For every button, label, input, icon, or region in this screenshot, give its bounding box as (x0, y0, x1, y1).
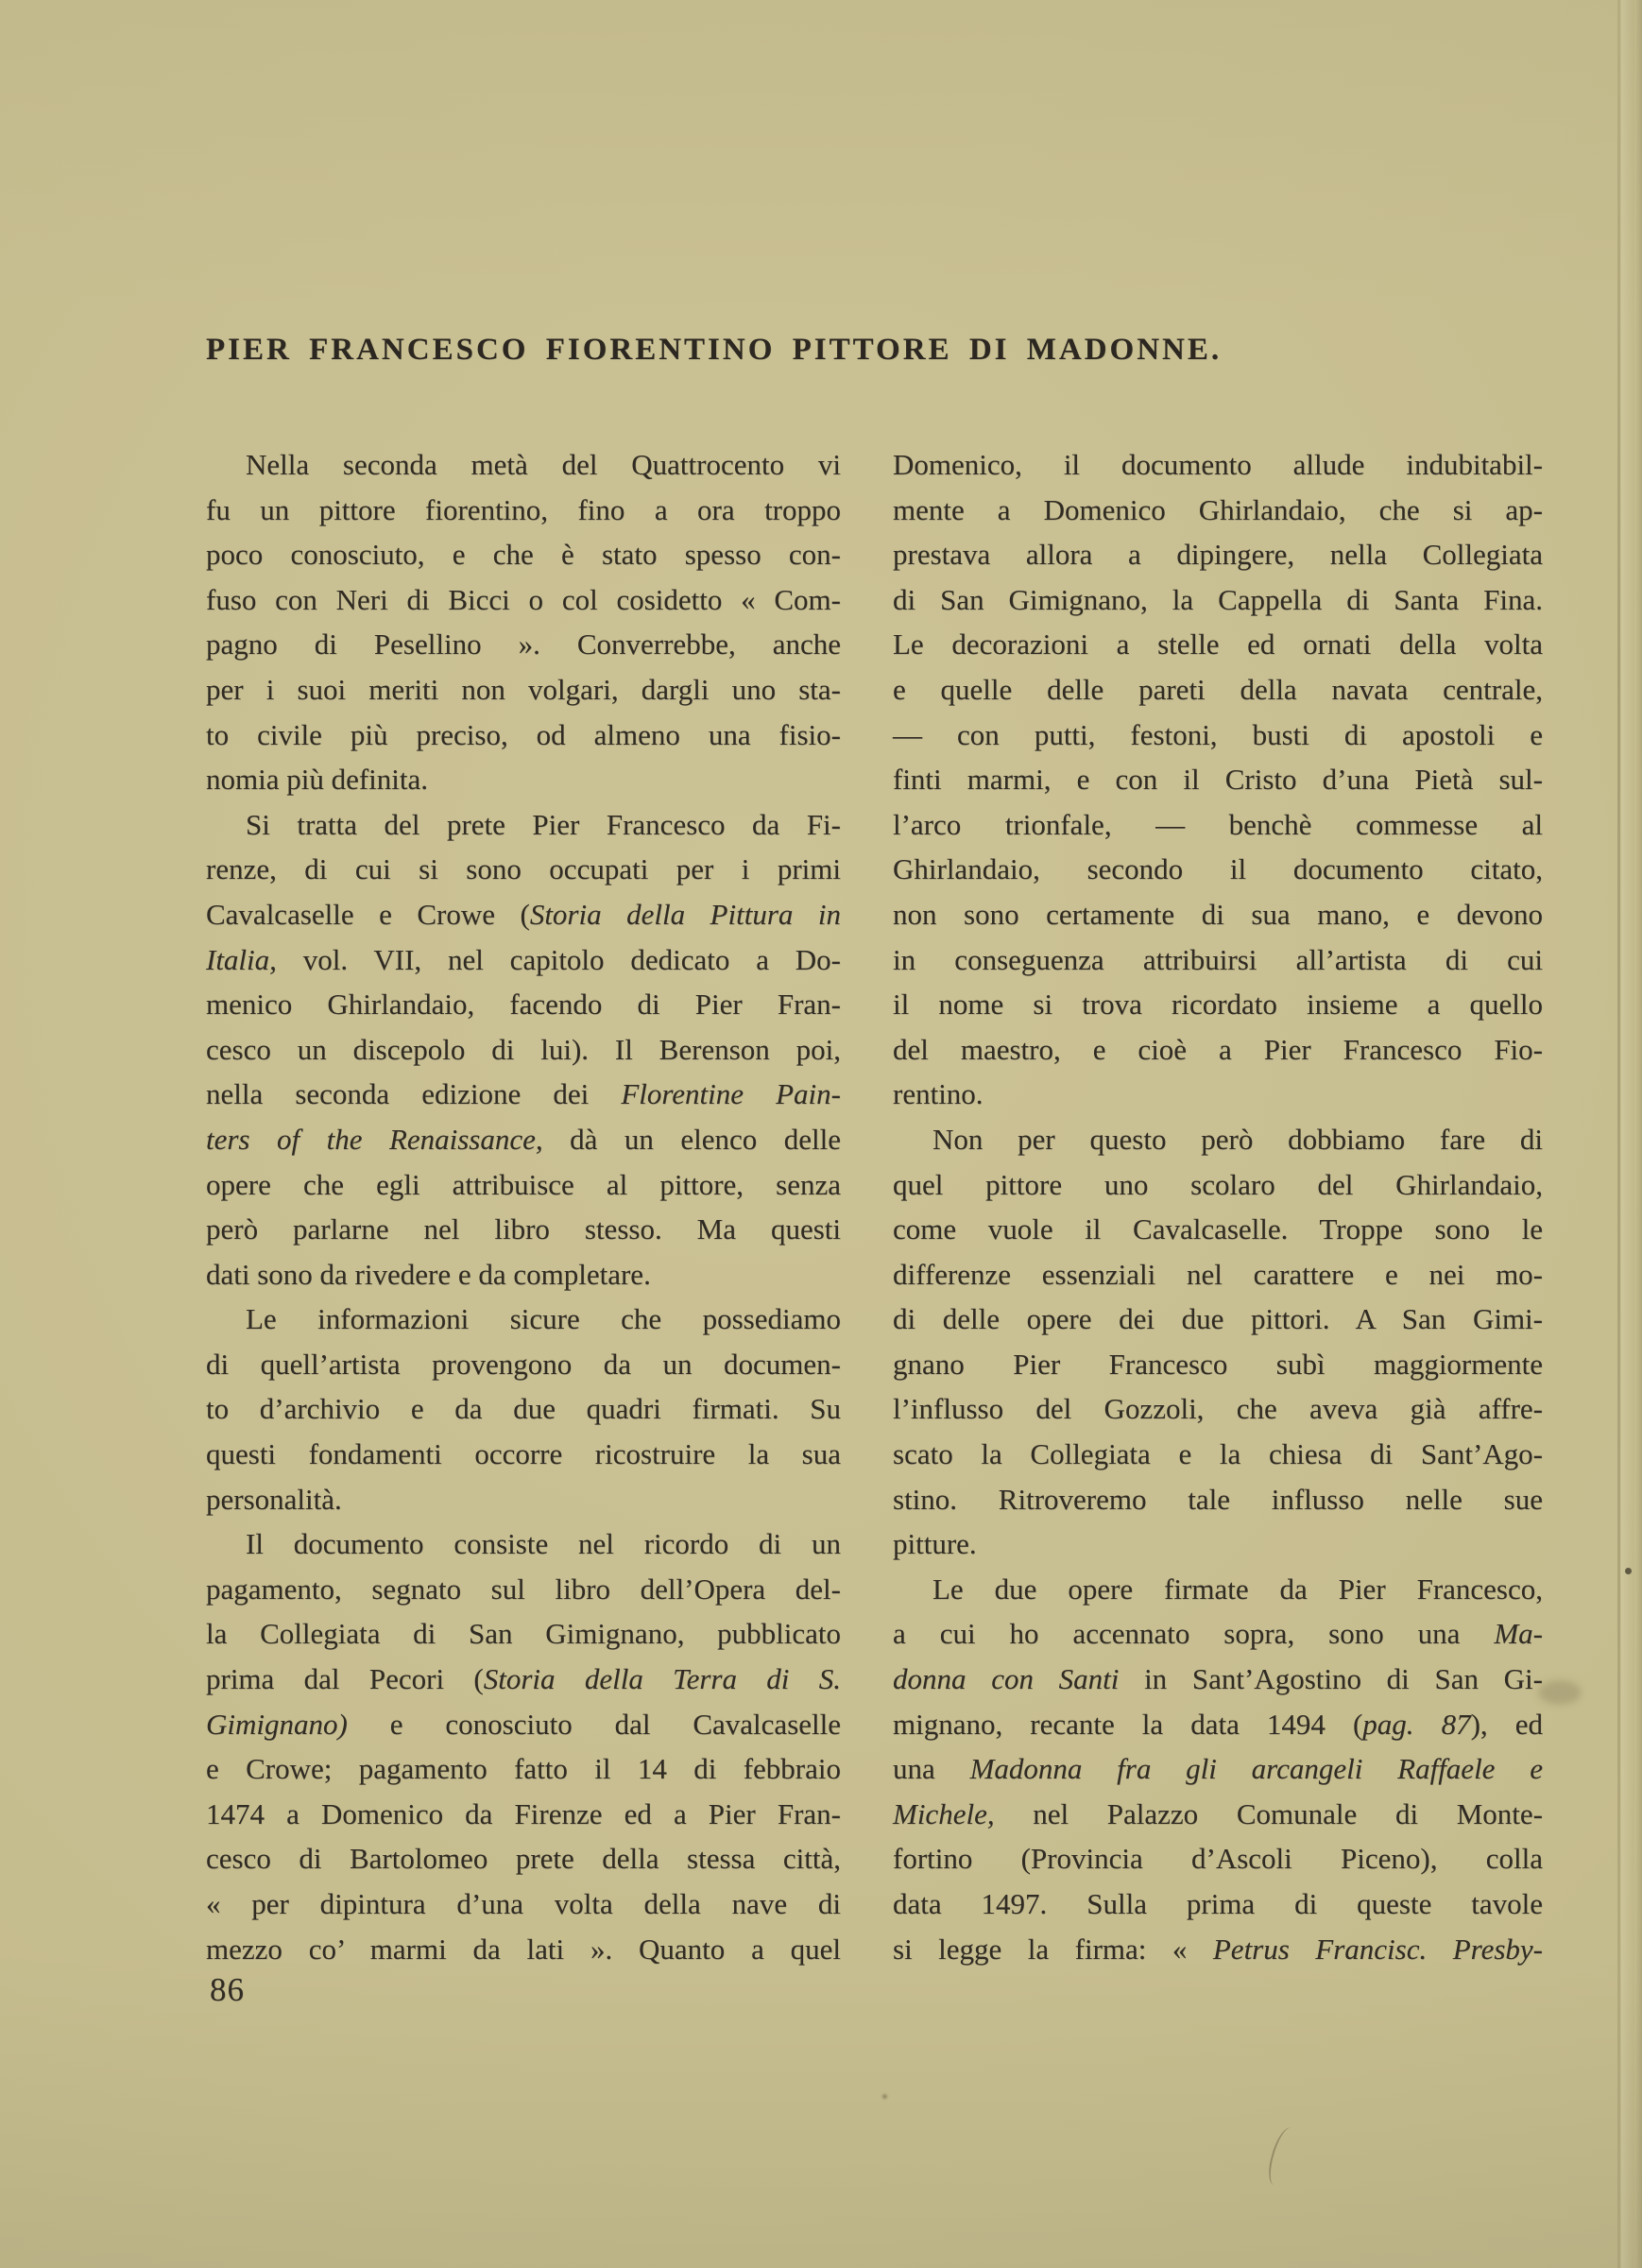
text-line: to civile più preciso, od almeno una fis… (206, 713, 841, 758)
text-segment: prestava allora a dipingere, nella Colle… (893, 538, 1543, 571)
text-segment: 1474 a Domenico da Firenze ed a Pier Fra… (206, 1797, 841, 1830)
text-line: fuso con Neri di Bicci o col cosidetto «… (206, 577, 841, 623)
page-number: 86 (210, 1971, 245, 2009)
text-segment: per i suoi meriti non volgari, dargli un… (206, 673, 841, 706)
text-line: renze, di cui si sono occupati per i pri… (206, 847, 841, 892)
text-segment: fuso con Neri di Bicci o col cosidetto «… (206, 583, 841, 616)
text-line: prima dal Pecori (Storia della Terra di … (206, 1657, 841, 1702)
paper-smudge (1538, 1680, 1582, 1705)
text-line: Le decorazioni a stelle ed ornati della … (893, 622, 1543, 667)
text-line: rentino. (893, 1072, 1543, 1117)
text-line: — con putti, festoni, busti di apostoli … (893, 713, 1543, 758)
ink-speck (1625, 1568, 1632, 1574)
text-line: prestava allora a dipingere, nella Colle… (893, 532, 1543, 577)
text-line: menico Ghirlandaio, facendo di Pier Fran… (206, 982, 841, 1027)
text-segment: Cavalcaselle e Crowe ( (206, 898, 530, 931)
scan-fibre-artifact (1265, 2124, 1302, 2189)
text-line: il nome si trova ricordato insieme a que… (893, 982, 1543, 1027)
text-line: del maestro, e cioè a Pier Francesco Fio… (893, 1027, 1543, 1073)
text-segment: scato la Collegiata e la chiesa di Sant’… (893, 1437, 1543, 1470)
text-segment: nella seconda edizione dei (206, 1077, 621, 1110)
text-line: ters of the Renaissance, dà un elenco de… (206, 1117, 841, 1162)
text-line: data 1497. Sulla prima di queste tavole (893, 1881, 1543, 1927)
text-line: pagno di Pesellino ». Converrebbe, anche (206, 622, 841, 667)
text-line: Ghirlandaio, secondo il documento citato… (893, 847, 1543, 892)
text-segment: data 1497. Sulla prima di queste tavole (893, 1887, 1543, 1920)
text-segment: però parlarne nel libro stesso. Ma quest… (206, 1212, 841, 1246)
text-line: gnano Pier Francesco subì maggiormente (893, 1342, 1543, 1387)
text-segment: la Collegiata di San Gimignano, pubblica… (206, 1617, 841, 1650)
text-line: Non per questo però dobbiamo fare di (893, 1117, 1543, 1162)
text-segment: Non per questo però dobbiamo fare di (932, 1123, 1543, 1156)
text-line: mente a Domenico Ghirlandaio, che si ap- (893, 488, 1543, 533)
text-line: questi fondamenti occorre ricostruire la… (206, 1432, 841, 1477)
text-segment: Si tratta del prete Pier Francesco da Fi… (246, 808, 841, 841)
text-line: opere che egli attribuisce al pittore, s… (206, 1162, 841, 1208)
text-line: finti marmi, e con il Cristo d’una Pietà… (893, 757, 1543, 802)
text-segment: dati sono da rivedere e da completare. (206, 1258, 651, 1291)
text-line: non sono certamente di sua mano, e devon… (893, 892, 1543, 937)
text-line: e quelle delle pareti della navata centr… (893, 667, 1543, 713)
text-segment: nel Palazzo Comunale di Monte- (995, 1797, 1543, 1830)
text-line: pagamento, segnato sul libro dell’Opera … (206, 1567, 841, 1612)
text-segment: di quell’artista provengono da un docume… (206, 1348, 841, 1381)
text-line: donna con Santi in Sant’Agostino di San … (893, 1657, 1543, 1702)
text-line: personalità. (206, 1477, 841, 1522)
text-line: una Madonna fra gli arcangeli Raffaele e (893, 1746, 1543, 1792)
text-segment: dà un elenco delle (543, 1123, 841, 1156)
text-segment: del maestro, e cioè a Pier Francesco Fio… (893, 1033, 1543, 1066)
italic-text-segment: Michele, (893, 1797, 995, 1830)
page-fold-highlight (1621, 0, 1634, 2268)
text-segment: l’arco trionfale, — benchè commesse al (893, 808, 1543, 841)
text-line: a cui ho accennato sopra, sono una Ma- (893, 1611, 1543, 1657)
text-segment: il nome si trova ricordato insieme a que… (893, 988, 1543, 1021)
text-segment: to d’archivio e da due quadri firmati. S… (206, 1392, 841, 1425)
text-line: fortino (Provincia d’Ascoli Piceno), col… (893, 1836, 1543, 1881)
text-line: e Crowe; pagamento fatto il 14 di febbra… (206, 1746, 841, 1792)
text-segment: pitture. (893, 1527, 977, 1560)
text-segment: fortino (Provincia d’Ascoli Piceno), col… (893, 1842, 1543, 1875)
text-segment: gnano Pier Francesco subì maggiormente (893, 1348, 1543, 1381)
text-segment: renze, di cui si sono occupati per i pri… (206, 852, 841, 885)
text-line: Le due opere firmate da Pier Francesco, (893, 1567, 1543, 1612)
text-segment: e Crowe; pagamento fatto il 14 di febbra… (206, 1752, 841, 1785)
text-line: Gimignano) e conosciuto dal Cavalcaselle (206, 1702, 841, 1747)
scanned-book-page: PIER FRANCESCO FIORENTINO PITTORE DI MAD… (0, 0, 1642, 2268)
text-segment: ), ed (1471, 1708, 1543, 1741)
text-segment: poco conosciuto, e che è stato spesso co… (206, 538, 841, 571)
text-segment: Ghirlandaio, secondo il documento citato… (893, 852, 1543, 885)
text-line: « per dipintura d’una volta della nave d… (206, 1881, 841, 1927)
text-segment: in Sant’Agostino di San Gi- (1119, 1662, 1543, 1695)
paper-speck (882, 2094, 887, 2099)
text-line: Italia, vol. VII, nel capitolo dedicato … (206, 937, 841, 983)
text-segment: di delle opere dei due pittori. A San Gi… (893, 1302, 1543, 1335)
text-segment: vol. VII, nel capitolo dedicato a Do- (277, 943, 841, 976)
italic-text-segment: Storia della Terra di S. (484, 1662, 841, 1695)
text-line: poco conosciuto, e che è stato spesso co… (206, 532, 841, 577)
text-segment: cesco un discepolo di lui). Il Berenson … (206, 1033, 841, 1066)
text-line: la Collegiata di San Gimignano, pubblica… (206, 1611, 841, 1657)
text-column-left: Nella seconda metà del Quattrocento vifu… (206, 442, 841, 1971)
text-segment: « per dipintura d’una volta della nave d… (206, 1887, 841, 1920)
text-segment: l’influsso del Gozzoli, che aveva già af… (893, 1392, 1543, 1425)
italic-text-segment: ters of the Renaissance, (206, 1123, 543, 1156)
text-line: nomia più definita. (206, 757, 841, 802)
text-segment: e quelle delle pareti della navata centr… (893, 673, 1543, 706)
text-line: mezzo co’ marmi da lati ». Quanto a quel (206, 1927, 841, 1972)
text-segment: questi fondamenti occorre ricostruire la… (206, 1437, 841, 1470)
text-segment: Domenico, il documento allude indubitabi… (893, 448, 1543, 481)
page-fold-line (1617, 0, 1620, 2268)
text-segment: come vuole il Cavalcaselle. Troppe sono … (893, 1212, 1543, 1246)
text-line: Il documento consiste nel ricordo di un (206, 1521, 841, 1567)
text-segment: in conseguenza attribuirsi all’artista d… (893, 943, 1543, 976)
text-line: to d’archivio e da due quadri firmati. S… (206, 1386, 841, 1432)
text-segment: to civile più preciso, od almeno una fis… (206, 718, 841, 751)
text-line: l’influsso del Gozzoli, che aveva già af… (893, 1386, 1543, 1432)
italic-text-segment: donna con Santi (893, 1662, 1119, 1695)
text-segment: personalità. (206, 1483, 342, 1516)
text-line: cesco di Bartolomeo prete della stessa c… (206, 1836, 841, 1881)
text-segment: non sono certamente di sua mano, e devon… (893, 898, 1543, 931)
text-segment: si legge la firma: « (893, 1933, 1213, 1966)
text-segment: Le decorazioni a stelle ed ornati della … (893, 627, 1543, 661)
text-line: si legge la firma: « Petrus Francisc. Pr… (893, 1927, 1543, 1972)
text-line: di San Gimignano, la Cappella di Santa F… (893, 577, 1543, 623)
text-line: l’arco trionfale, — benchè commesse al (893, 802, 1543, 848)
text-line: però parlarne nel libro stesso. Ma quest… (206, 1207, 841, 1252)
text-segment: mente a Domenico Ghirlandaio, che si ap- (893, 493, 1543, 526)
text-segment: Le informazioni sicure che possediamo (246, 1302, 841, 1335)
text-segment: — con putti, festoni, busti di apostoli … (893, 718, 1543, 751)
text-segment: mezzo co’ marmi da lati ». Quanto a quel (206, 1933, 841, 1966)
text-line: Michele, nel Palazzo Comunale di Monte- (893, 1792, 1543, 1837)
text-line: Cavalcaselle e Crowe (Storia della Pittu… (206, 892, 841, 937)
page-edge-shadow (1634, 0, 1642, 2268)
text-segment: cesco di Bartolomeo prete della stessa c… (206, 1842, 841, 1875)
text-line: 1474 a Domenico da Firenze ed a Pier Fra… (206, 1792, 841, 1837)
text-segment: pagamento, segnato sul libro dell’Opera … (206, 1572, 841, 1606)
text-line: pitture. (893, 1521, 1543, 1567)
text-segment: menico Ghirlandaio, facendo di Pier Fran… (206, 988, 841, 1021)
text-line: di delle opere dei due pittori. A San Gi… (893, 1297, 1543, 1342)
italic-text-segment: pag. 87 (1362, 1708, 1470, 1741)
italic-text-segment: Ma- (1494, 1617, 1543, 1650)
text-segment: Le due opere firmate da Pier Francesco, (932, 1572, 1543, 1606)
italic-text-segment: Italia, (206, 943, 277, 976)
text-line: dati sono da rivedere e da completare. (206, 1252, 841, 1297)
text-line: differenze essenziali nel carattere e ne… (893, 1252, 1543, 1297)
text-segment: nomia più definita. (206, 763, 428, 796)
text-segment: Nella seconda metà del Quattrocento vi (246, 448, 841, 481)
text-segment: una (893, 1752, 970, 1785)
italic-text-segment: Storia della Pittura in (530, 898, 841, 931)
text-line: mignano, recante la data 1494 (pag. 87),… (893, 1702, 1543, 1747)
text-line: Si tratta del prete Pier Francesco da Fi… (206, 802, 841, 848)
text-segment: opere che egli attribuisce al pittore, s… (206, 1168, 841, 1201)
italic-text-segment: Gimignano) (206, 1708, 348, 1741)
text-segment: di San Gimignano, la Cappella di Santa F… (893, 583, 1543, 616)
italic-text-segment: Florentine Pain- (621, 1077, 841, 1110)
italic-text-segment: Petrus Francisc. Presby- (1213, 1933, 1543, 1966)
text-column-right: Domenico, il documento allude indubitabi… (893, 442, 1543, 1971)
text-segment: stino. Ritroveremo tale influsso nelle s… (893, 1483, 1543, 1516)
text-segment: quel pittore uno scolaro del Ghirlandaio… (893, 1168, 1543, 1201)
text-segment: e conosciuto dal Cavalcaselle (348, 1708, 841, 1741)
text-segment: fu un pittore fiorentino, fino a ora tro… (206, 493, 841, 526)
text-segment: Il documento consiste nel ricordo di un (246, 1527, 841, 1560)
text-line: cesco un discepolo di lui). Il Berenson … (206, 1027, 841, 1073)
italic-text-segment: Madonna fra gli arcangeli Raffaele e (970, 1752, 1543, 1785)
text-line: come vuole il Cavalcaselle. Troppe sono … (893, 1207, 1543, 1252)
text-line: per i suoi meriti non volgari, dargli un… (206, 667, 841, 713)
text-segment: prima dal Pecori ( (206, 1662, 484, 1695)
text-segment: rentino. (893, 1077, 983, 1110)
text-segment: a cui ho accennato sopra, sono una (893, 1617, 1494, 1650)
text-segment: finti marmi, e con il Cristo d’una Pietà… (893, 763, 1543, 796)
text-line: nella seconda edizione dei Florentine Pa… (206, 1072, 841, 1117)
text-segment: mignano, recante la data 1494 ( (893, 1708, 1362, 1741)
text-line: in conseguenza attribuirsi all’artista d… (893, 937, 1543, 983)
text-segment: differenze essenziali nel carattere e ne… (893, 1258, 1543, 1291)
text-line: di quell’artista provengono da un docume… (206, 1342, 841, 1387)
text-line: stino. Ritroveremo tale influsso nelle s… (893, 1477, 1543, 1522)
text-segment: pagno di Pesellino ». Converrebbe, anche (206, 627, 841, 661)
text-line: scato la Collegiata e la chiesa di Sant’… (893, 1432, 1543, 1477)
page-title: PIER FRANCESCO FIORENTINO PITTORE DI MAD… (206, 333, 1222, 368)
text-line: Le informazioni sicure che possediamo (206, 1297, 841, 1342)
text-line: fu un pittore fiorentino, fino a ora tro… (206, 488, 841, 533)
text-line: Domenico, il documento allude indubitabi… (893, 442, 1543, 488)
text-line: quel pittore uno scolaro del Ghirlandaio… (893, 1162, 1543, 1208)
text-line: Nella seconda metà del Quattrocento vi (206, 442, 841, 488)
